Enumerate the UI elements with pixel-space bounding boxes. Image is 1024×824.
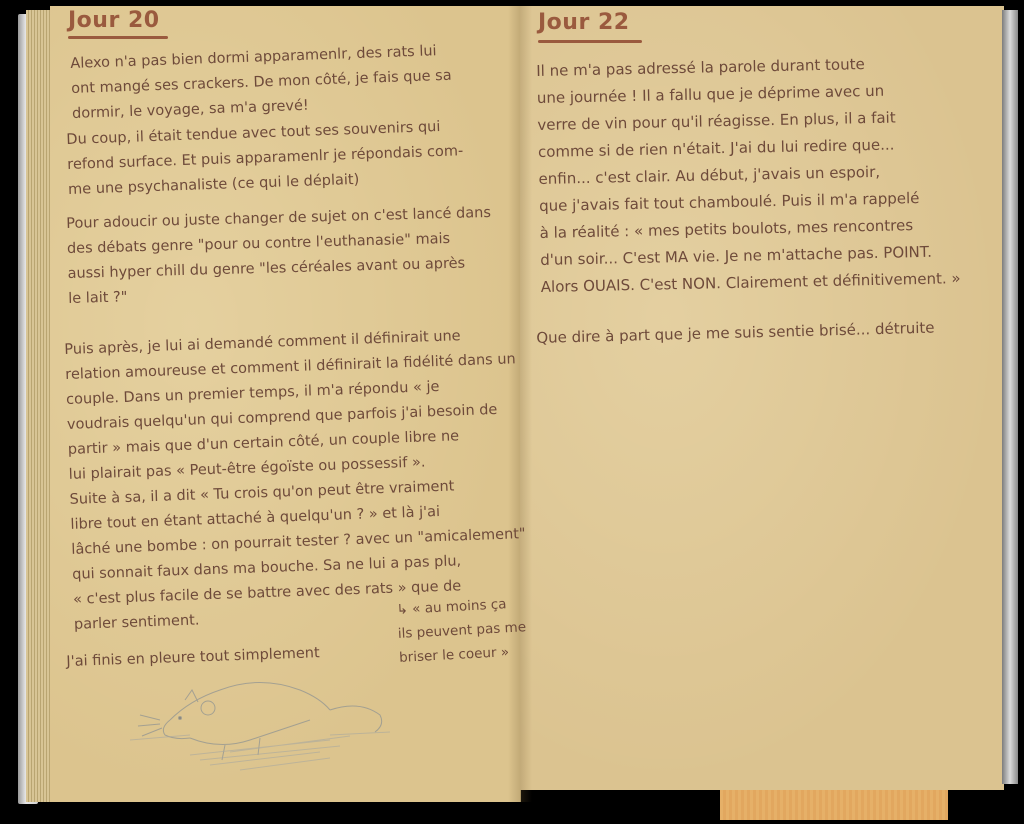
rat-sketch-icon [130,660,390,780]
left-paragraph-1: Alexo n'a pas bien dormi apparamenlr, de… [70,39,453,127]
left-page-title: Jour 20 [68,8,160,33]
left-paragraph-2: Du coup, il était tendue avec tout ses s… [66,114,465,203]
right-cover-edge [1002,10,1018,784]
masking-tape [720,790,948,820]
left-paragraph-4: Puis après, je lui ai demandé comment il… [64,322,529,638]
open-notebook: Jour 20 Alexo n'a pas bien dormi apparam… [0,0,1024,824]
right-page-title: Jour 22 [538,10,630,35]
left-paragraph-3: Pour adoucir ou juste changer de sujet o… [66,201,493,312]
left-side-note: ↳ « au moins ça ils peuvent pas me brise… [396,591,528,670]
right-paragraph-1: Il ne m'a pas adressé la parole durant t… [536,49,961,301]
left-title-underline [68,36,168,39]
right-title-underline [538,40,642,43]
